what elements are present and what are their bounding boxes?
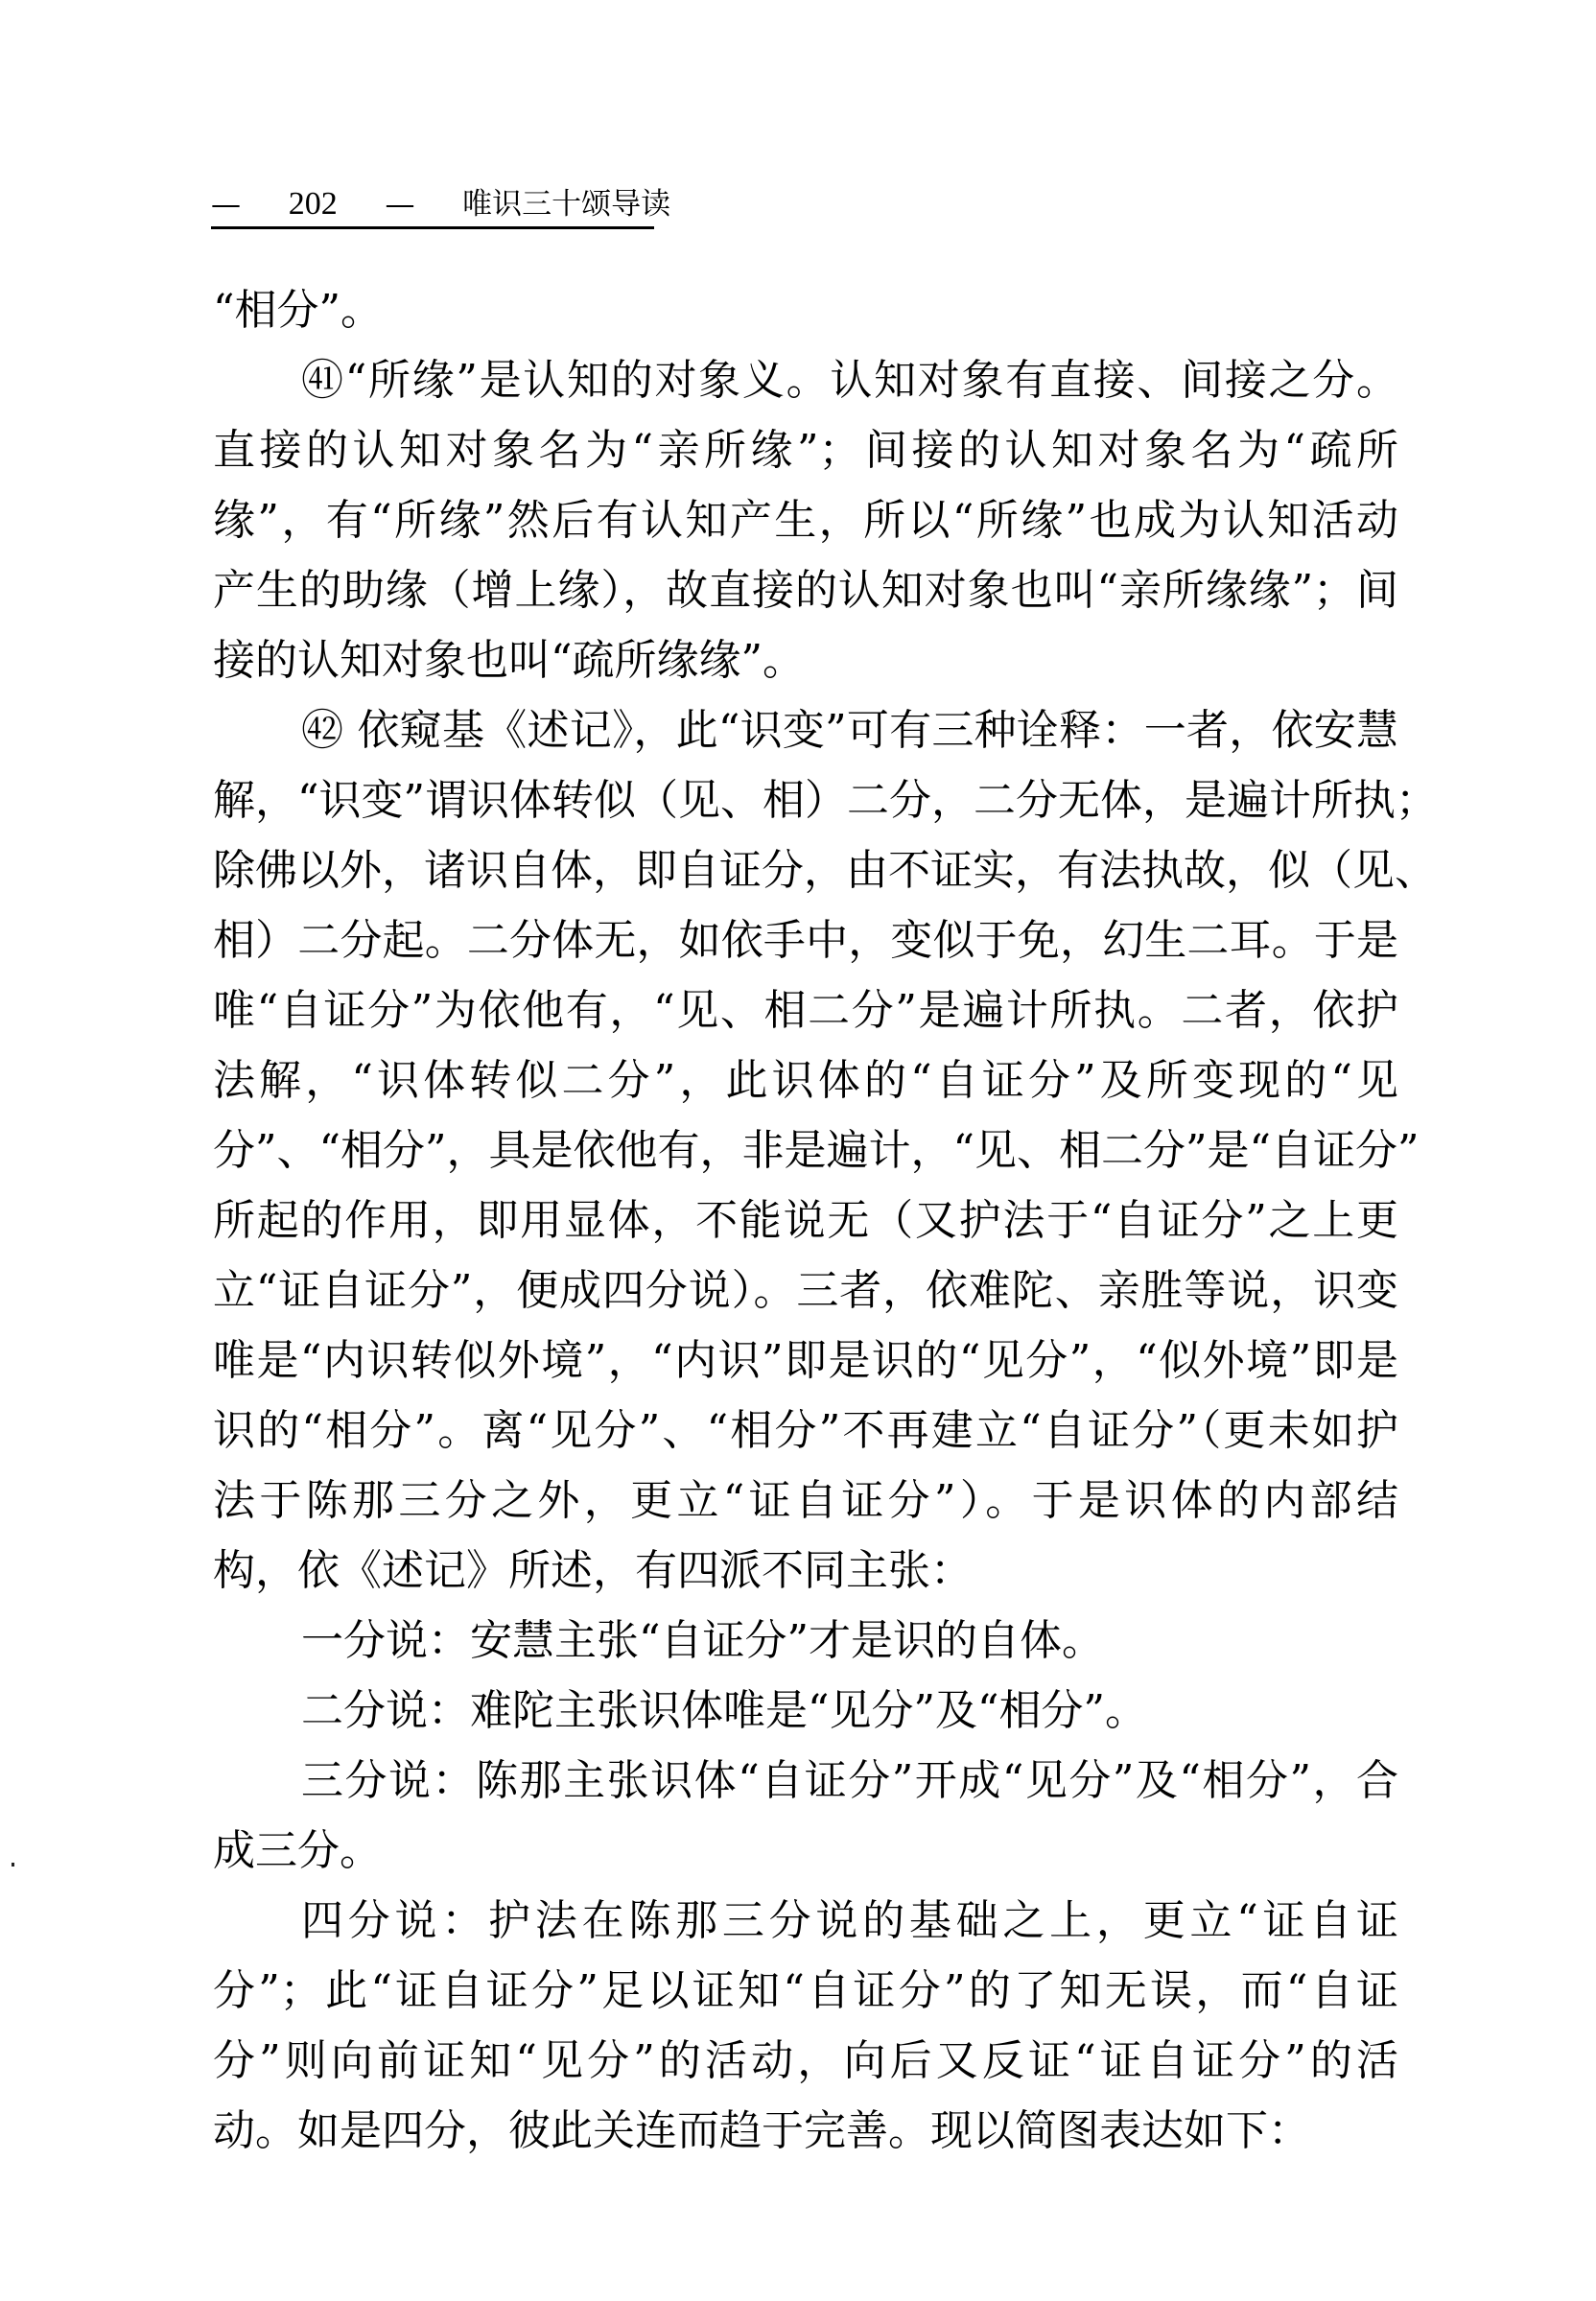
text-line: 解，“识变”谓识体转似（见、相）二分，二分无体，是遍计所执； — [213, 765, 1398, 835]
text-line: 分”、“相分”，具是依他有，非是遍计，“见、相二分”是“自证分” — [213, 1115, 1398, 1186]
text-line: 四分说：护法在陈那三分说的基础之上，更立“证自证 — [213, 1886, 1398, 1956]
text-line: 缘”，有“所缘”然后有认知产生，所以“所缘”也成为认知活动 — [213, 485, 1398, 555]
text-line: 动。如是四分，彼此关连而趋于完善。现以简图表达如下： — [213, 2096, 1398, 2166]
text-line: ㊶“所缘”是认知的对象义。认知对象有直接、间接之分。 — [213, 345, 1398, 415]
text-line: 唯“自证分”为依他有，“见、相二分”是遍计所执。二者，依护 — [213, 975, 1398, 1045]
text-line: 接的认知对象也叫“疏所缘缘”。 — [213, 625, 1398, 695]
text-line: 分”；此“证自证分”足以证知“自证分”的了知无误，而“自证 — [213, 1956, 1398, 2026]
text-line: 识的“相分”。离“见分”、“相分”不再建立“自证分”（更未如护 — [213, 1396, 1398, 1466]
text-line: 相）二分起。二分体无，如依手中，变似于免，幻生二耳。于是 — [213, 905, 1398, 975]
text-line: 产生的助缘（增上缘），故直接的认知对象也叫“亲所缘缘”；间 — [213, 555, 1398, 625]
text-line: 唯是“内识转似外境”，“内识”即是识的“见分”，“似外境”即是 — [213, 1326, 1398, 1396]
text-line: 所起的作用，即用显体，不能说无（又护法于“自证分”之上更 — [213, 1186, 1398, 1256]
running-header: — 202 — 唯识三十颂导读 — [211, 186, 654, 229]
page-body: “相分”。㊶“所缘”是认知的对象义。认知对象有直接、间接之分。直接的认知对象名为… — [213, 275, 1398, 2166]
text-line: 构，依《述记》所述，有四派不同主张： — [213, 1536, 1398, 1606]
header-dash-left: — — [211, 187, 241, 222]
text-line: 除佛以外，诸识自体，即自证分，由不证实，有法执故，似（见、 — [213, 835, 1398, 905]
text-line: 立“证自证分”，便成四分说）。三者，依难陀、亲胜等说，识变 — [213, 1256, 1398, 1326]
text-line: ㊷ 依窥基《述记》，此“识变”可有三种诠释：一者，依安慧 — [213, 695, 1398, 765]
text-line: 法于陈那三分之外，更立“证自证分”）。于是识体的内部结 — [213, 1466, 1398, 1536]
text-line: 成三分。 — [213, 1816, 1398, 1886]
text-line: 直接的认知对象名为“亲所缘”；间接的认知对象名为“疏所 — [213, 415, 1398, 485]
book-title: 唯识三十颂导读 — [462, 187, 670, 222]
text-line: 分”则向前证知“见分”的活动，向后又反证“证自证分”的活 — [213, 2026, 1398, 2096]
text-line: 法解，“识体转似二分”，此识体的“自证分”及所变现的“见 — [213, 1045, 1398, 1115]
header-dash-right: — — [385, 187, 414, 222]
text-line: 一分说：安慧主张“自证分”才是识的自体。 — [213, 1606, 1398, 1676]
text-line: 三分说：陈那主张识体“自证分”开成“见分”及“相分”，合 — [213, 1746, 1398, 1816]
page-number: 202 — [289, 186, 338, 222]
scan-speck — [12, 1863, 14, 1867]
text-line: “相分”。 — [213, 275, 1398, 345]
text-line: 二分说：难陀主张识体唯是“见分”及“相分”。 — [213, 1676, 1398, 1746]
